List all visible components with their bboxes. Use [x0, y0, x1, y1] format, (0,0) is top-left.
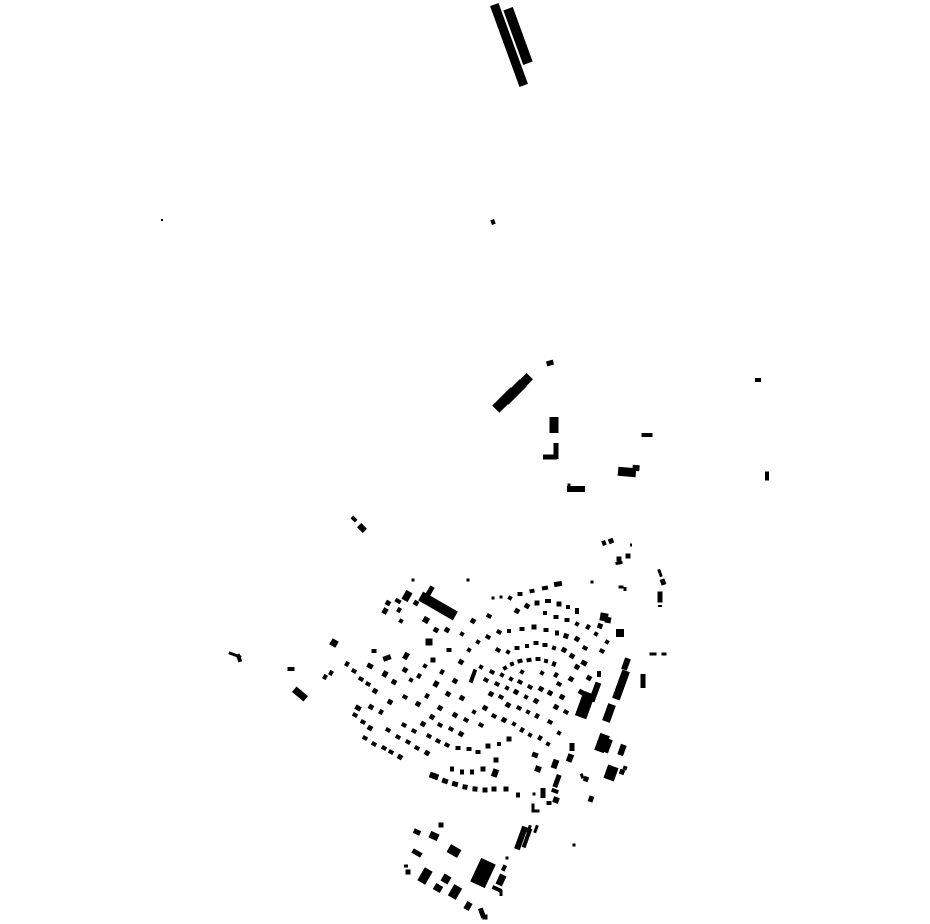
building-footprint [405, 739, 411, 745]
building-footprint [431, 658, 436, 663]
building-footprint [641, 674, 646, 688]
building-footprint [545, 599, 551, 603]
building-footprint [532, 625, 537, 630]
building-footprint [424, 693, 430, 699]
building-footprint [437, 705, 444, 712]
building-footprint [658, 592, 663, 603]
building-footprint [570, 743, 575, 751]
building-footprint [447, 648, 452, 652]
building-footprint [483, 788, 488, 793]
building-footprint [397, 754, 404, 761]
building-footprint [483, 677, 489, 683]
building-footprint [448, 726, 454, 732]
building-footprint [444, 627, 451, 634]
building-footprint [507, 737, 512, 742]
building-footprint [456, 746, 461, 750]
building-footprint [520, 627, 525, 631]
building-footprint [534, 765, 542, 773]
building-footprint [555, 631, 559, 636]
building-footprint [478, 722, 484, 728]
building-footprint [538, 686, 545, 693]
building-footprint [532, 804, 535, 813]
building-footprint [382, 654, 391, 661]
building-footprint [563, 709, 569, 715]
building-footprint [561, 647, 568, 654]
building-footprint [367, 725, 374, 732]
building-footprint [546, 360, 554, 367]
building-footprint [378, 709, 384, 715]
building-footprint [534, 641, 539, 645]
building-footprint [556, 730, 561, 735]
building-footprint [398, 618, 403, 623]
building-footprint [466, 647, 471, 652]
building-footprint [535, 601, 540, 606]
building-footprint [547, 690, 554, 697]
building-footprint [765, 472, 769, 481]
building-footprint [404, 865, 408, 868]
building-footprint [551, 788, 559, 794]
building-footprint [615, 561, 622, 565]
building-footprint [566, 605, 570, 609]
building-footprint [424, 750, 431, 757]
building-footprint [428, 831, 439, 841]
building-footprint [448, 884, 462, 900]
building-footprint [495, 647, 501, 653]
building-footprint [429, 772, 440, 781]
building-footprint [469, 669, 478, 684]
building-footprint [385, 600, 392, 607]
building-footprint [511, 721, 516, 726]
building-footprint [597, 671, 601, 677]
building-footprint [368, 704, 375, 711]
building-footprint [501, 717, 508, 724]
building-footprint [426, 639, 433, 646]
building-footprint [408, 677, 413, 682]
building-footprint [467, 747, 472, 751]
building-footprint [447, 844, 462, 858]
building-footprint [462, 784, 468, 790]
building-footprint [452, 678, 459, 685]
building-footprint [476, 750, 481, 754]
building-footprint [632, 465, 639, 472]
building-footprint [551, 661, 556, 667]
building-footprint [391, 679, 398, 686]
building-footprint [557, 602, 562, 607]
building-footprint [660, 578, 667, 585]
building-footprint [518, 592, 523, 596]
building-footprint [525, 644, 529, 648]
building-footprint [544, 628, 549, 632]
building-footprint [591, 581, 594, 584]
building-footprint [527, 732, 532, 737]
building-footprint [507, 595, 512, 600]
building-footprint [508, 676, 513, 681]
building-footprint [575, 608, 579, 614]
building-footprint [459, 631, 464, 636]
building-footprint [365, 681, 371, 687]
building-footprint [603, 765, 618, 782]
building-footprint [381, 670, 388, 678]
building-footprint [328, 670, 334, 676]
building-footprint [406, 870, 411, 875]
building-footprint [517, 679, 523, 685]
building-footprint [471, 709, 476, 714]
building-footprint [593, 631, 598, 636]
building-footprint [527, 684, 533, 690]
building-footprint [552, 774, 561, 788]
building-footprint [574, 636, 581, 643]
building-footprint [621, 657, 631, 670]
building-footprint [429, 714, 436, 721]
building-footprint [580, 773, 585, 779]
building-footprint [381, 607, 388, 615]
building-footprint [608, 538, 614, 544]
building-footprint [624, 587, 627, 591]
building-footprint [371, 741, 377, 747]
building-footprint [565, 618, 570, 622]
building-footprint [497, 742, 501, 746]
building-footprint [483, 915, 488, 920]
building-footprint [490, 219, 495, 225]
building-footprint [396, 607, 402, 613]
building-footprint [504, 685, 509, 690]
building-footprint [539, 670, 544, 675]
building-footprint [372, 649, 377, 653]
building-footprint [381, 745, 387, 751]
building-footprint [492, 787, 497, 792]
building-footprint [543, 643, 548, 647]
building-footprint [329, 638, 339, 648]
building-footprint [507, 629, 511, 633]
building-footprint [494, 681, 500, 687]
building-footprint [616, 629, 624, 637]
building-footprint [470, 618, 477, 625]
building-footprint [630, 544, 632, 547]
building-footprint [388, 749, 394, 755]
building-footprint [511, 373, 533, 395]
building-footprint [450, 767, 454, 772]
building-footprint [533, 825, 539, 834]
building-footprint [535, 810, 540, 813]
building-footprint [412, 579, 415, 582]
building-footprint [437, 722, 443, 728]
building-footprint [534, 713, 540, 719]
building-footprint [322, 674, 328, 680]
building-footprint [433, 627, 440, 634]
building-footprint [650, 653, 657, 656]
building-footprint [509, 661, 514, 666]
building-footprint [350, 515, 357, 522]
building-footprint [415, 701, 422, 708]
building-footprint [411, 848, 422, 857]
figure-ground-map [0, 0, 930, 924]
building-footprint [491, 713, 497, 719]
building-footprint [550, 417, 559, 433]
building-footprint [551, 759, 560, 770]
building-footprint [401, 722, 407, 728]
building-footprint [517, 658, 523, 663]
building-footprint [486, 744, 491, 749]
building-footprint [458, 659, 465, 666]
building-footprint [470, 858, 495, 888]
building-footprint [482, 705, 489, 712]
building-footprint [657, 569, 663, 578]
building-footprint [602, 703, 616, 723]
building-footprint [569, 653, 576, 660]
building-footprint [491, 768, 499, 778]
building-footprint [543, 455, 557, 460]
building-footprint [459, 695, 466, 702]
building-footprint [492, 597, 495, 600]
building-footprint [488, 691, 495, 698]
building-footprint [582, 645, 588, 651]
building-footprint [501, 864, 507, 871]
building-footprint [413, 600, 420, 607]
building-footprint [357, 523, 367, 533]
building-footprint [533, 698, 540, 705]
building-footprint [402, 652, 410, 661]
building-footprint [523, 694, 528, 699]
building-footprint [516, 793, 520, 798]
building-footprint [519, 727, 525, 733]
building-footprint [568, 484, 571, 487]
building-footprint [236, 654, 242, 663]
building-footprint [525, 709, 530, 714]
building-footprint [556, 681, 562, 687]
building-footprint [387, 699, 394, 706]
building-footprint [496, 874, 507, 887]
building-footprint [360, 719, 366, 725]
building-footprint [414, 745, 420, 751]
building-footprint [619, 586, 624, 589]
building-footprint [543, 611, 547, 615]
building-footprint [467, 579, 470, 582]
building-footprint [599, 648, 605, 654]
building-footprint [545, 741, 550, 746]
building-footprint [481, 767, 486, 772]
building-footprint [460, 770, 464, 775]
building-footprint [372, 688, 379, 695]
building-footprint [439, 669, 445, 675]
building-footprint [626, 554, 631, 559]
building-footprint [292, 686, 308, 701]
building-footprint [552, 796, 560, 804]
building-footprint [445, 691, 452, 698]
building-footprint [402, 694, 408, 700]
building-footprint [658, 605, 662, 607]
building-footprint [463, 901, 472, 911]
building-footprint [553, 704, 560, 711]
building-footprint [288, 667, 295, 671]
building-footprint [554, 581, 563, 587]
building-footprint [505, 702, 512, 709]
building-footprint [366, 662, 374, 669]
building-footprint [566, 753, 574, 763]
building-footprint [519, 669, 524, 674]
building-footprint [559, 694, 566, 701]
building-footprint [612, 670, 630, 701]
building-footprint [605, 617, 612, 624]
building-footprint [439, 823, 444, 828]
building-footprint [486, 613, 492, 619]
building-footprint [547, 801, 552, 805]
building-footprint [642, 433, 653, 437]
building-footprint [432, 680, 439, 688]
building-footprint [551, 645, 556, 650]
building-footprint [597, 623, 603, 629]
building-footprint [574, 621, 579, 626]
building-footprint [541, 788, 546, 798]
building-footprint [435, 738, 441, 744]
building-footprint [458, 731, 465, 738]
building-footprint [496, 629, 502, 635]
building-footprint [506, 857, 509, 860]
building-footprint [422, 663, 427, 668]
building-footprint [568, 676, 575, 683]
building-footprint [516, 705, 522, 711]
building-footprint [617, 744, 626, 756]
building-footprint [433, 883, 443, 893]
building-footprint [755, 378, 761, 382]
building-footprint [554, 615, 559, 619]
building-footprint [513, 689, 520, 696]
building-footprint [604, 639, 609, 644]
building-footprint [580, 659, 588, 666]
building-footprint [420, 721, 427, 728]
building-footprint [417, 867, 432, 884]
building-footprint [452, 712, 459, 719]
building-footprint [161, 219, 163, 221]
building-footprint [395, 734, 401, 740]
building-footprint [500, 596, 503, 599]
building-footprint [352, 712, 358, 718]
building-footprint [451, 781, 458, 787]
building-footprint [529, 589, 535, 594]
building-footprint [401, 590, 412, 602]
building-footprint [585, 624, 591, 630]
building-footprint [470, 770, 474, 775]
building-footprints-layer [0, 0, 930, 924]
building-footprint [413, 828, 421, 835]
building-footprint [573, 844, 576, 847]
building-footprint [531, 752, 538, 759]
building-footprint [504, 787, 509, 792]
building-footprint [514, 608, 521, 615]
building-footprint [553, 672, 559, 678]
building-footprint [426, 733, 432, 739]
building-footprint [441, 874, 452, 885]
building-footprint [385, 727, 391, 733]
building-footprint [544, 659, 549, 664]
building-footprint [536, 657, 541, 661]
building-footprint [662, 653, 667, 656]
building-footprint [441, 778, 448, 785]
building-footprint [444, 742, 450, 748]
building-footprint [472, 786, 477, 791]
building-footprint [475, 639, 480, 644]
building-footprint [537, 735, 543, 741]
building-footprint [394, 598, 401, 604]
building-footprint [494, 758, 499, 763]
building-footprint [526, 658, 532, 663]
building-footprint [515, 646, 520, 650]
building-footprint [567, 486, 585, 492]
building-footprint [533, 793, 536, 796]
building-footprint [463, 717, 469, 723]
building-footprint [422, 616, 430, 624]
building-footprint [498, 694, 504, 700]
building-footprint [505, 649, 510, 654]
building-footprint [524, 603, 531, 610]
building-footprint [489, 669, 495, 675]
building-footprint [416, 673, 422, 679]
building-footprint [588, 795, 595, 802]
building-footprint [411, 728, 417, 734]
building-footprint [601, 540, 606, 546]
building-footprint [502, 665, 507, 670]
building-footprint [574, 664, 581, 671]
building-footprint [499, 672, 504, 677]
building-footprint [418, 592, 458, 621]
building-footprint [485, 634, 491, 640]
building-footprint [402, 667, 409, 674]
building-footprint [344, 661, 350, 667]
building-footprint [358, 676, 364, 682]
building-footprint [354, 704, 362, 711]
building-footprint [575, 691, 595, 720]
building-footprint [547, 719, 553, 725]
building-footprint [500, 890, 503, 896]
building-footprint [617, 557, 622, 562]
building-footprint [586, 675, 593, 682]
building-footprint [478, 664, 483, 669]
building-footprint [542, 586, 549, 591]
building-footprint [563, 633, 569, 639]
building-footprint [362, 735, 368, 741]
building-footprint [351, 668, 357, 674]
